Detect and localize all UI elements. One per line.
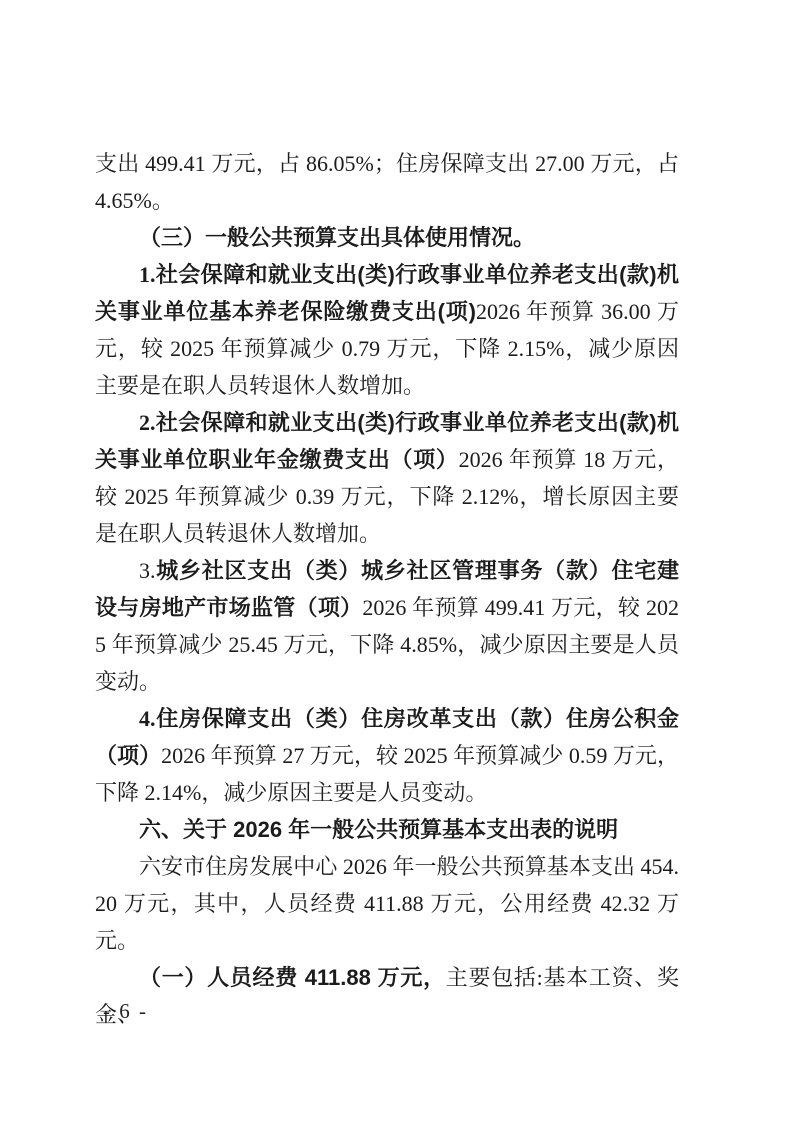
budget-item-3: 3.城乡社区支出（类）城乡社区管理事务（款）住宅建设与房地产市场监管（项）202… <box>95 552 679 700</box>
paragraph-continuation: 支出 499.41 万元，占 86.05%；住房保障支出 27.00 万元，占 … <box>95 145 679 219</box>
item-4-body: 2026 年预算 27 万元，较 2025 年预算减少 0.59 万元，下降 2… <box>95 743 679 805</box>
section-heading-basic-expenditure: 六、关于 2026 年一般公共预算基本支出表的说明 <box>95 811 679 848</box>
item-1-number: 1. <box>139 262 156 287</box>
paragraph-personnel-expense: （一）人员经费 411.88 万元，主要包括:基本工资、奖金、 <box>95 959 679 1033</box>
item-4-number: 4. <box>139 706 156 731</box>
section-heading-usage: （三）一般公共预算支出具体使用情况。 <box>95 219 679 256</box>
item-3-number: 3. <box>139 558 156 583</box>
document-body: 支出 499.41 万元，占 86.05%；住房保障支出 27.00 万元，占 … <box>95 145 679 1033</box>
budget-item-1: 1.社会保障和就业支出(类)行政事业单位养老支出(款)机关事业单位基本养老保险缴… <box>95 256 679 404</box>
document-page: 支出 499.41 万元，占 86.05%；住房保障支出 27.00 万元，占 … <box>0 0 793 1122</box>
budget-item-4: 4.住房保障支出（类）住房改革支出（款）住房公积金（项）2026 年预算 27 … <box>95 700 679 811</box>
item-2-number: 2. <box>139 410 156 435</box>
budget-item-2: 2.社会保障和就业支出(类)行政事业单位养老支出(款)机关事业单位职业年金缴费支… <box>95 404 679 552</box>
personnel-expense-lead: （一）人员经费 411.88 万元， <box>139 965 446 990</box>
paragraph-basic-expenditure-intro: 六安市住房发展中心 2026 年一般公共预算基本支出 454.20 万元，其中，… <box>95 848 679 959</box>
page-number: - 6 - <box>103 996 148 1026</box>
